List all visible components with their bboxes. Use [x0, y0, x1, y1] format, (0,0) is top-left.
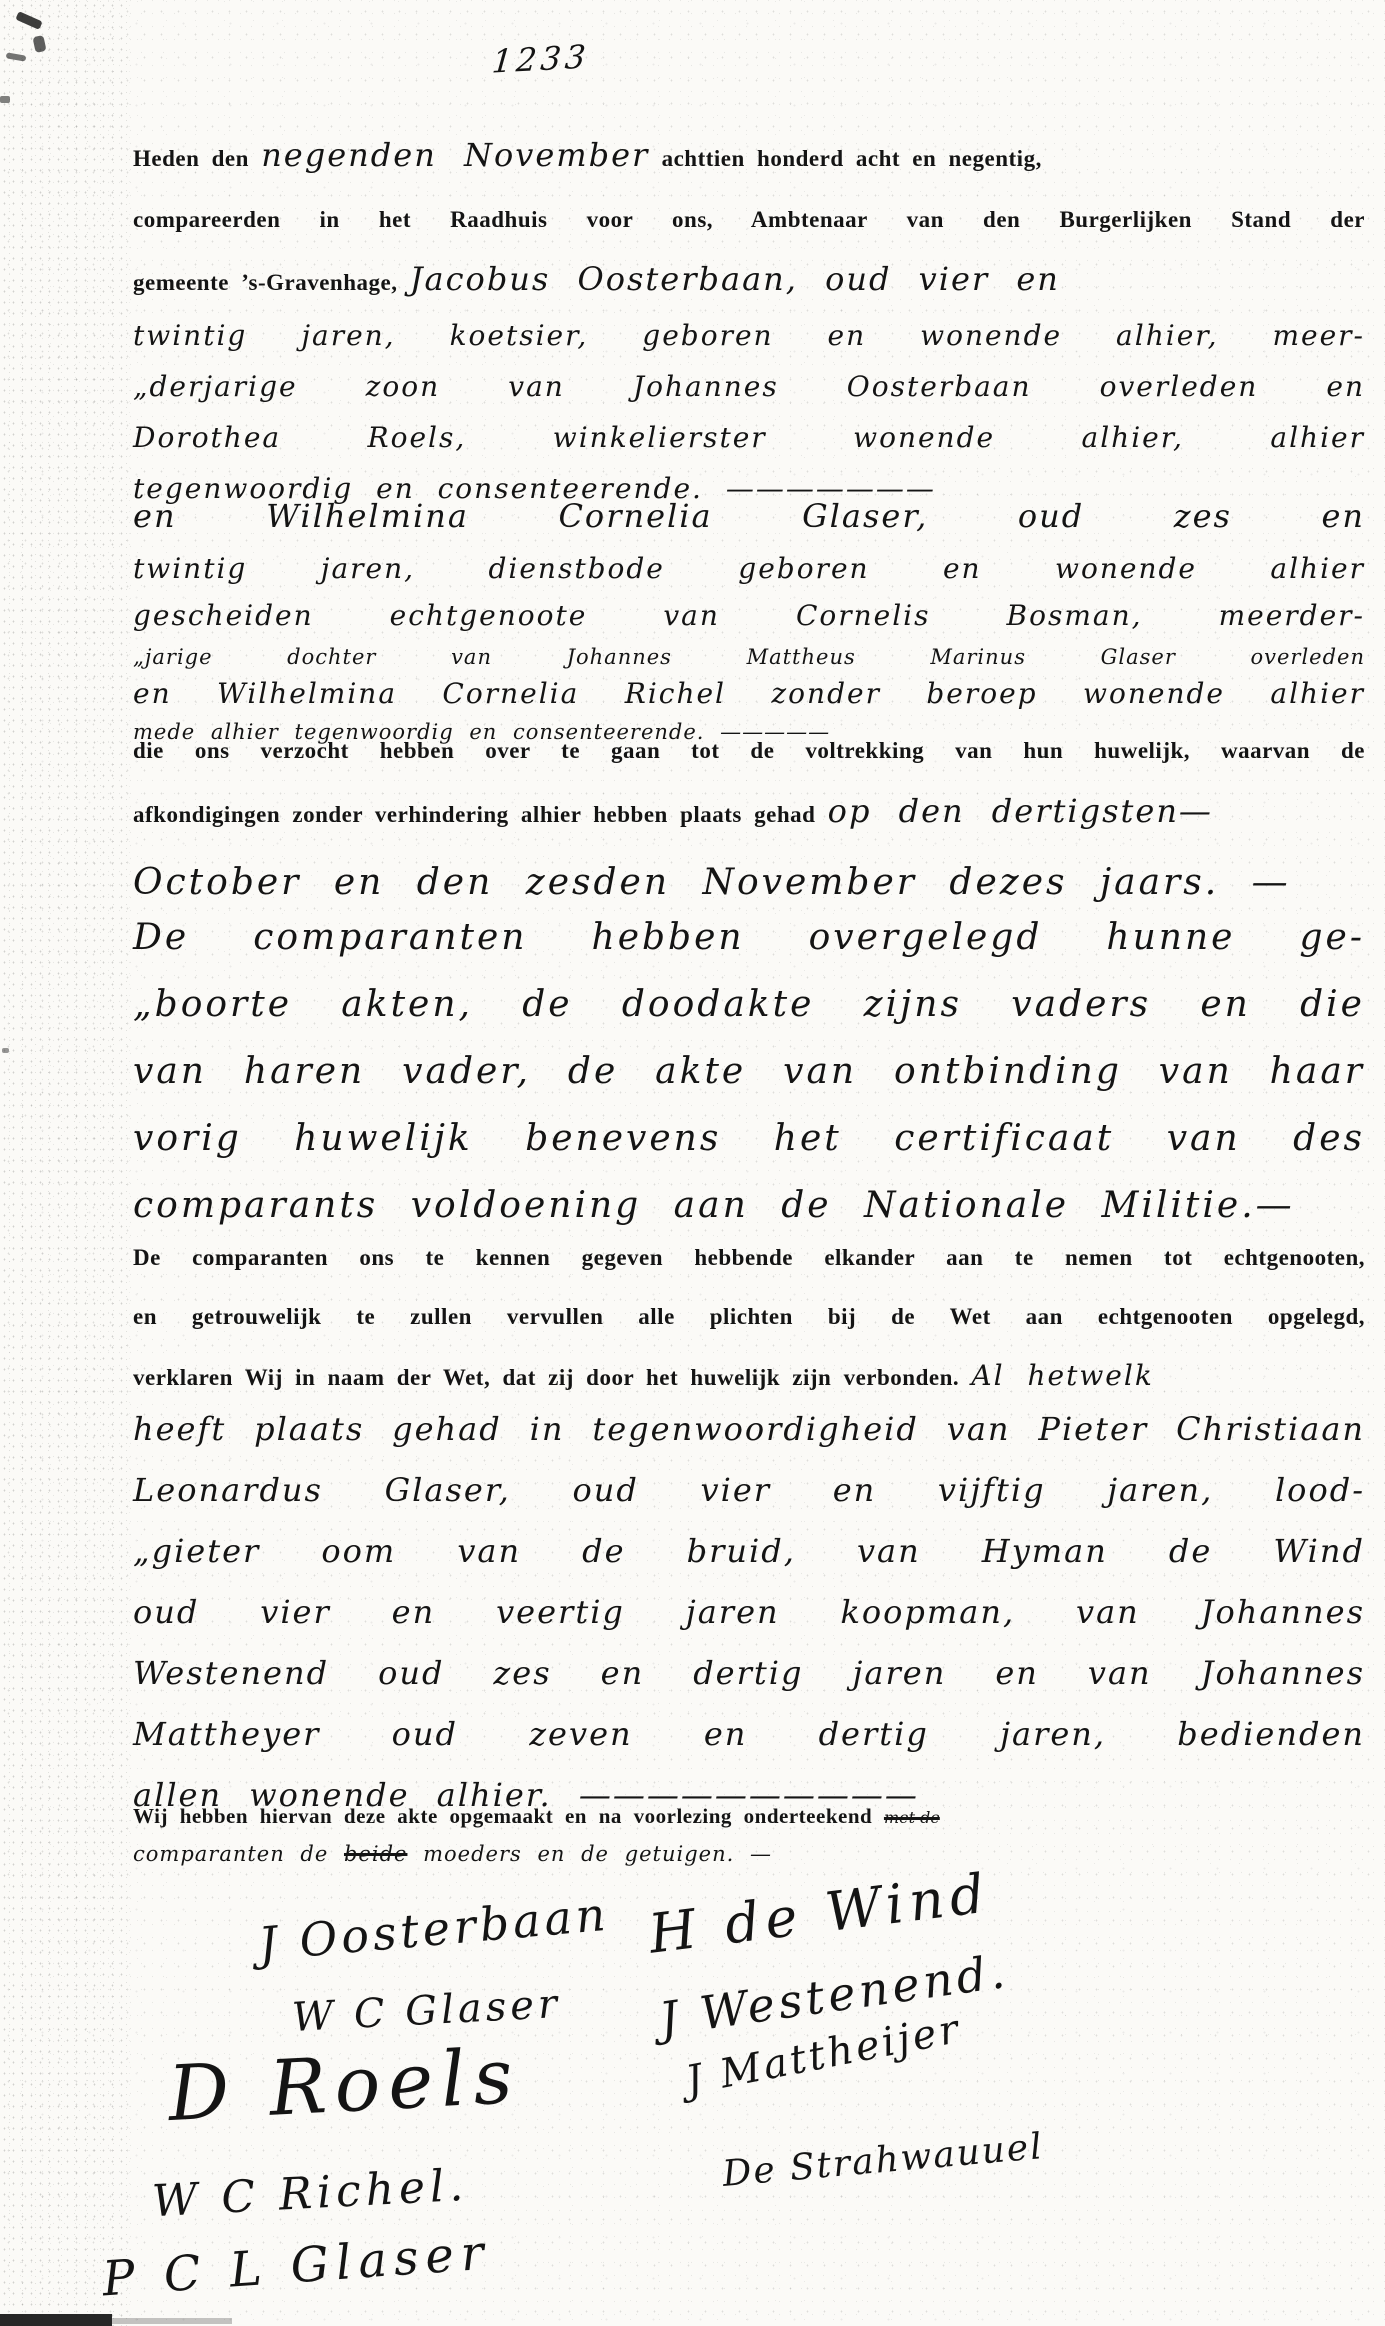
- doc-line: Dorothea Roels, winkelierster wonende al…: [133, 415, 1365, 466]
- doc-line: oud vier en veertig jaren koopman, van J…: [133, 1585, 1365, 1646]
- doc-line: Heden den negenden November achttien hon…: [133, 126, 1365, 191]
- sig-wc-glaser: W C Glaser: [291, 1981, 562, 2041]
- doc-line: „boorte akten, de doodakte zijns vaders …: [133, 975, 1365, 1042]
- handwritten-segment: Westenend oud zes en dertig jaren en van…: [133, 1654, 1365, 1692]
- block-announcement: die ons verzocht hebben over te gaan tot…: [133, 724, 1365, 925]
- doc-line: compareerden in het Raadhuis voor ons, A…: [133, 191, 1365, 252]
- handwritten-segment: beide: [344, 1842, 407, 1866]
- doc-line: Westenend oud zes en dertig jaren en van…: [133, 1646, 1365, 1707]
- handwritten-segment: „boorte akten, de doodakte zijns vaders …: [133, 984, 1365, 1025]
- handwritten-segment: Leonardus Glaser, oud vier en vijftig ja…: [133, 1471, 1365, 1509]
- scan-artifact: [2, 1048, 9, 1053]
- doc-line: gemeente ’s-Gravenhage, Jacobus Oosterba…: [133, 252, 1365, 313]
- handwritten-segment: Mattheyer oud zeven en dertig jaren, bed…: [133, 1715, 1365, 1753]
- handwritten-segment: vorig huwelijk benevens het certificaat …: [133, 1118, 1365, 1159]
- printed-segment: compareerden in het Raadhuis voor ons, A…: [133, 207, 1365, 232]
- handwritten-segment: twintig jaren, dienstbode geboren en won…: [133, 552, 1365, 585]
- handwritten-segment: Jacobus Oosterbaan, oud vier en: [410, 260, 1060, 298]
- printed-segment: Wij hebben hiervan deze akte opgemaakt e…: [133, 1804, 884, 1828]
- doc-line: twintig jaren, dienstbode geboren en won…: [133, 547, 1365, 596]
- handwritten-segment: en Wilhelmina Cornelia Glaser, oud zes e…: [133, 497, 1365, 535]
- block-witnesses: heeft plaats gehad in tegenwoordigheid v…: [133, 1402, 1365, 1829]
- doc-line: Mattheyer oud zeven en dertig jaren, bed…: [133, 1707, 1365, 1768]
- doc-line: comparanten de beide moeders en de getui…: [133, 1839, 1365, 1872]
- doc-line: en Wilhelmina Cornelia Glaser, oud zes e…: [133, 492, 1365, 547]
- doc-line: en getrouwelijk te zullen vervullen alle…: [133, 1289, 1365, 1348]
- document-page: 1233 Heden den negenden November achttie…: [0, 0, 1385, 2326]
- scan-artifact: [6, 52, 27, 61]
- doc-line: „gieter oom van de bruid, van Hyman de W…: [133, 1524, 1365, 1585]
- doc-line: gescheiden echtgenoote van Cornelis Bosm…: [133, 596, 1365, 641]
- scan-artifact: [0, 2314, 112, 2326]
- doc-line: De comparanten hebben overgelegd hunne g…: [133, 908, 1365, 975]
- handwritten-segment: met de: [884, 1808, 940, 1827]
- printed-segment: afkondigingen zonder verhindering alhier…: [133, 802, 828, 827]
- handwritten-segment: Al hetwelk: [971, 1359, 1153, 1392]
- sig-wc-richel: W C Richel.: [151, 2160, 469, 2227]
- scan-artifact: [15, 11, 42, 30]
- handwritten-segment: oud vier en veertig jaren koopman, van J…: [133, 1593, 1365, 1631]
- block-closing: Wij hebben hiervan deze akte opgemaakt e…: [133, 1796, 1365, 1872]
- handwritten-segment: October en den zesden November dezes jaa…: [133, 862, 1291, 903]
- handwritten-segment: comparanten de: [133, 1842, 344, 1866]
- scan-artifact: [112, 2318, 232, 2324]
- printed-segment: gemeente ’s-Gravenhage,: [133, 270, 410, 295]
- sig-registrar: De Strahwauuel: [721, 2126, 1045, 2195]
- doc-line: twintig jaren, koetsier, geboren en wone…: [133, 313, 1365, 364]
- handwritten-segment: Dorothea Roels, winkelierster wonende al…: [133, 421, 1365, 454]
- printed-segment: en getrouwelijk te zullen vervullen alle…: [133, 1304, 1365, 1329]
- printed-segment: die ons verzocht hebben over te gaan tot…: [133, 738, 1365, 763]
- sig-de-wind: H de Wind: [645, 1861, 993, 1965]
- printed-segment: achttien honderd acht en negentig,: [649, 146, 1042, 171]
- handwritten-segment: De comparanten hebben overgelegd hunne g…: [133, 917, 1365, 958]
- handwritten-segment: comparants voldoening aan de Nationale M…: [133, 1185, 1295, 1226]
- sig-roels: D Roels: [166, 2031, 523, 2138]
- scan-artifact: [32, 35, 46, 53]
- handwritten-segment: van haren vader, de akte van ontbinding …: [133, 1051, 1365, 1092]
- handwritten-segment: heeft plaats gehad in tegenwoordigheid v…: [133, 1410, 1365, 1448]
- handwritten-segment: „gieter oom van de bruid, van Hyman de W…: [133, 1532, 1365, 1570]
- handwritten-segment: moeders en de getuigen. —: [407, 1842, 772, 1866]
- sig-oosterbaan: J Oosterbaan: [256, 1887, 611, 1971]
- handwritten-segment: negenden November: [261, 136, 649, 174]
- printed-segment: De comparanten ons te kennen gegeven heb…: [133, 1245, 1365, 1270]
- handwritten-segment: „jarige dochter van Johannes Mattheus Ma…: [133, 645, 1365, 669]
- doc-line: Leonardus Glaser, oud vier en vijftig ja…: [133, 1463, 1365, 1524]
- sig-pcl-glaser: P C L Glaser: [101, 2225, 493, 2308]
- block-bride: en Wilhelmina Cornelia Glaser, oud zes e…: [133, 492, 1365, 750]
- handwritten-segment: op den dertigsten—: [828, 792, 1213, 830]
- handwritten-segment: en Wilhelmina Cornelia Richel zonder ber…: [133, 677, 1365, 710]
- doc-line: en Wilhelmina Cornelia Richel zonder ber…: [133, 676, 1365, 717]
- handwritten-segment: „derjarige zoon van Johannes Oosterbaan …: [133, 370, 1365, 403]
- printed-segment: Heden den: [133, 146, 261, 171]
- handwritten-segment: gescheiden echtgenoote van Cornelis Bosm…: [133, 599, 1365, 632]
- doc-line: afkondigingen zonder verhindering alhier…: [133, 781, 1365, 848]
- doc-line: Wij hebben hiervan deze akte opgemaakt e…: [133, 1796, 1365, 1839]
- printed-segment: verklaren Wij in naam der Wet, dat zij d…: [133, 1365, 971, 1390]
- doc-line: die ons verzocht hebben over te gaan tot…: [133, 724, 1365, 781]
- block-declaration: De comparanten ons te kennen gegeven heb…: [133, 1230, 1365, 1409]
- doc-line: van haren vader, de akte van ontbinding …: [133, 1042, 1365, 1109]
- doc-line: heeft plaats gehad in tegenwoordigheid v…: [133, 1402, 1365, 1463]
- doc-line: „jarige dochter van Johannes Mattheus Ma…: [133, 641, 1365, 676]
- doc-line: De comparanten ons te kennen gegeven heb…: [133, 1230, 1365, 1289]
- page-number: 1233: [490, 37, 591, 80]
- doc-line: verklaren Wij in naam der Wet, dat zij d…: [133, 1348, 1365, 1409]
- block-opening: Heden den negenden November achttien hon…: [133, 126, 1365, 517]
- block-documents: De comparanten hebben overgelegd hunne g…: [133, 908, 1365, 1243]
- doc-line: vorig huwelijk benevens het certificaat …: [133, 1109, 1365, 1176]
- handwritten-segment: twintig jaren, koetsier, geboren en wone…: [133, 319, 1365, 352]
- scan-artifact: [0, 96, 10, 103]
- doc-line: „derjarige zoon van Johannes Oosterbaan …: [133, 364, 1365, 415]
